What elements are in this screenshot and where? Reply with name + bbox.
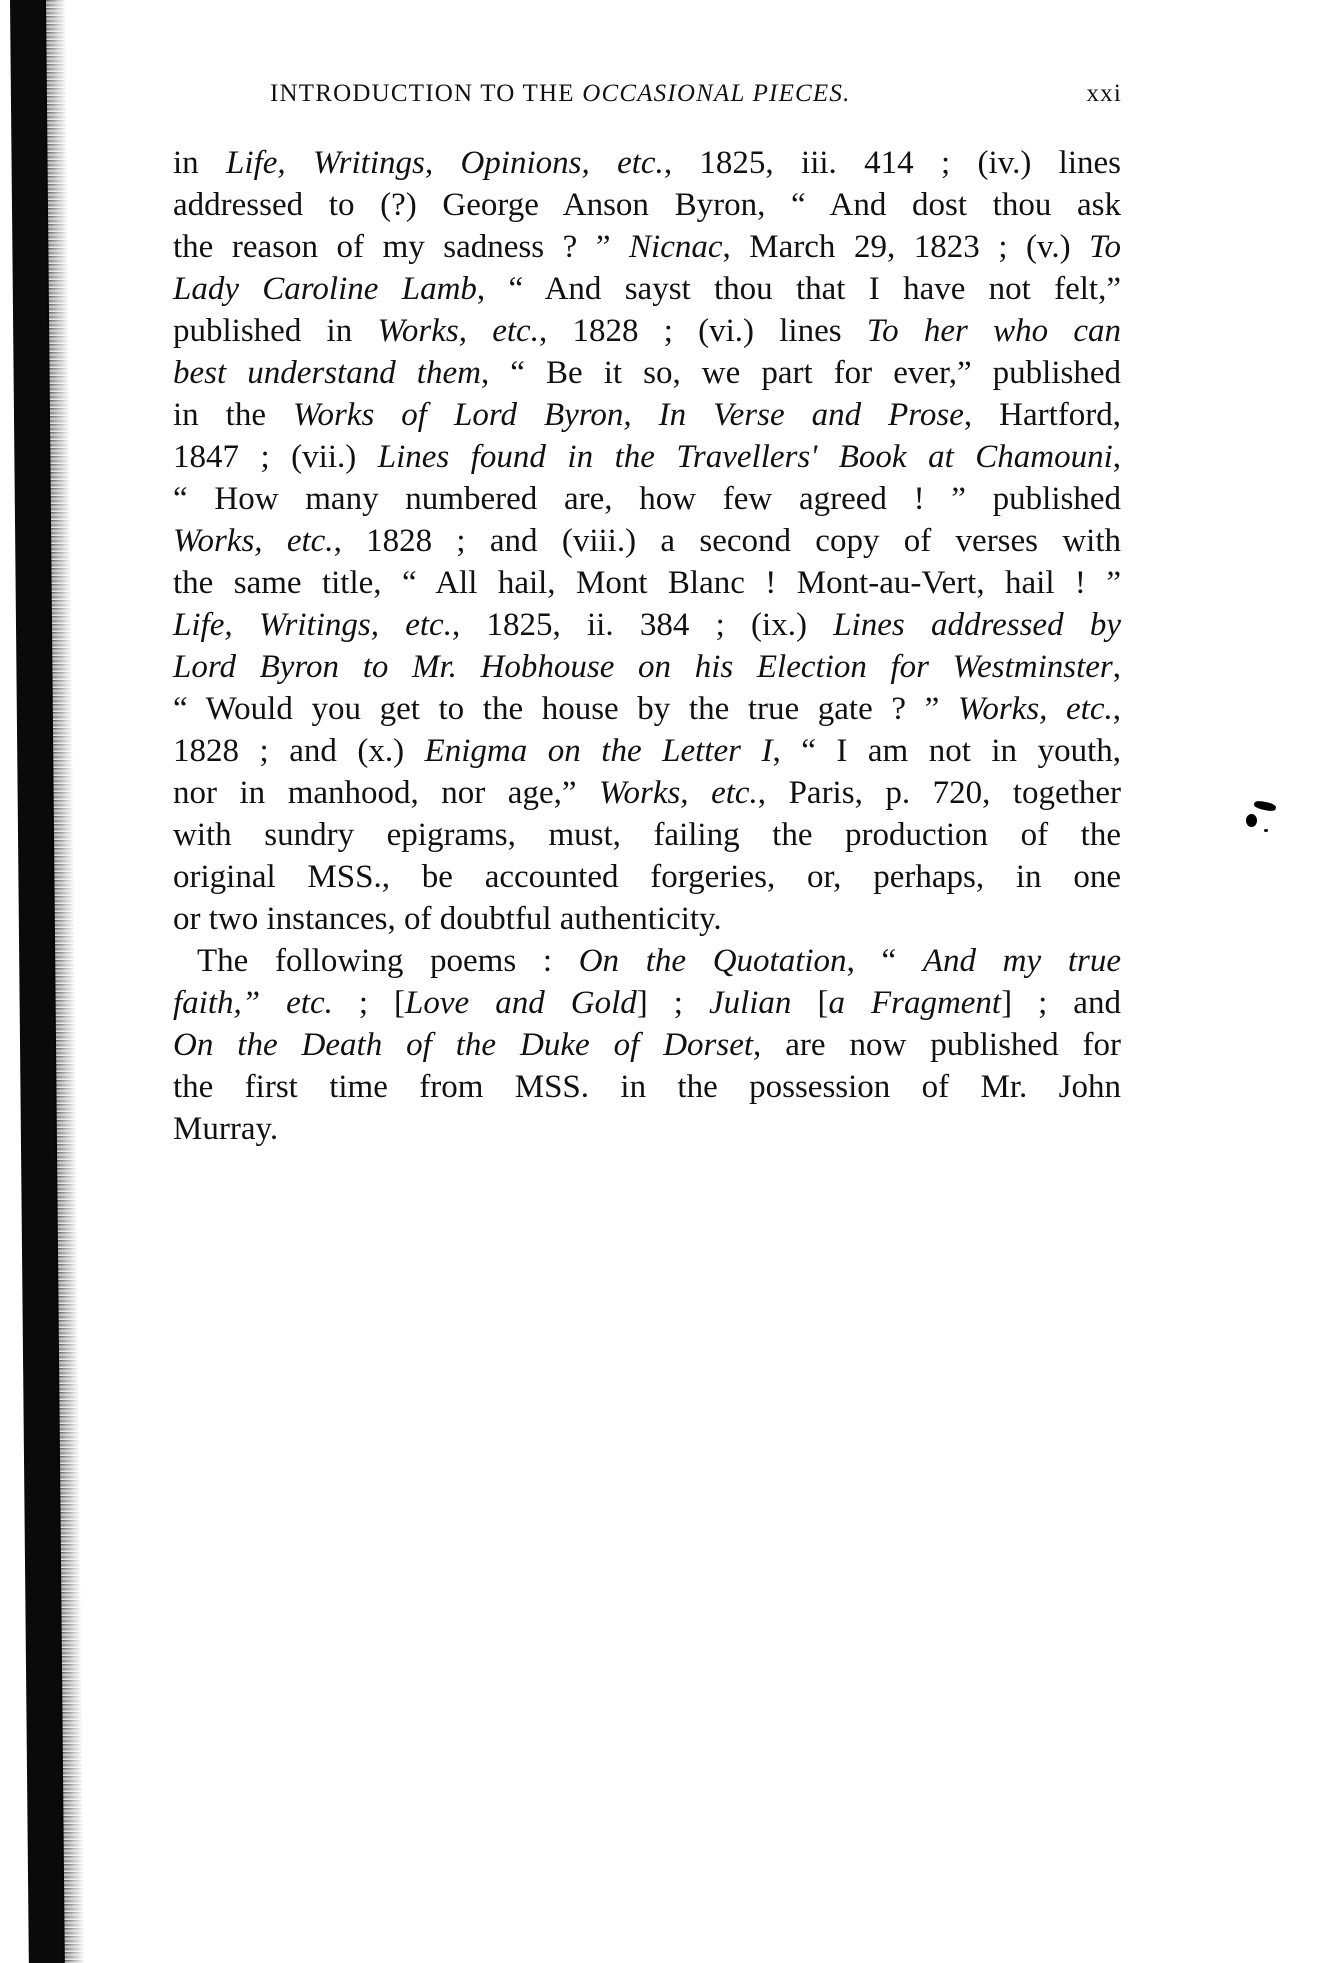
text-line: Murray. (173, 1108, 1121, 1150)
italic-run: Julian (709, 985, 791, 1021)
italic-run: To (1089, 229, 1121, 265)
text-run: Murray. (173, 1111, 278, 1147)
page-number: xxi (1086, 80, 1122, 108)
text-line: addressed to (?) George Anson Byron, “ A… (173, 184, 1121, 226)
text-run: , Hartford, (964, 397, 1121, 433)
text-line: The following poems : On the Quotation, … (173, 940, 1121, 982)
running-head: INTRODUCTION TO THE OCCASIONAL PIECES. x… (270, 80, 1122, 108)
text-run: , “ Be it so, we part for ever,” publish… (481, 355, 1121, 391)
text-run: published in (173, 313, 377, 349)
body-text: in Life, Writings, Opinions, etc., 1825,… (173, 142, 1121, 1150)
text-run: 1828 ; and (x.) (173, 733, 425, 769)
text-line: in Life, Writings, Opinions, etc., 1825,… (173, 142, 1121, 184)
text-line: with sundry epigrams, must, failing the … (173, 814, 1121, 856)
italic-run: Works, etc. (377, 313, 539, 349)
text-run: , (1113, 439, 1121, 475)
text-run: or two instances, of doubtful authentici… (173, 901, 722, 937)
text-run: , 1828 ; and (viii.) a second copy of ve… (334, 523, 1121, 559)
text-run: the reason of my sadness ? ” (173, 229, 629, 265)
text-line: best understand them, “ Be it so, we par… (173, 352, 1121, 394)
text-line: Lady Caroline Lamb, “ And sayst thou tha… (173, 268, 1121, 310)
text-line: the reason of my sadness ? ” Nicnac, Mar… (173, 226, 1121, 268)
text-run: in (173, 145, 226, 181)
italic-run: a Fragment (828, 985, 1001, 1021)
text-run: [ (791, 985, 828, 1021)
italic-run: Works, etc. (958, 691, 1113, 727)
italic-run: faith,” etc. (173, 985, 333, 1021)
text-line: or two instances, of doubtful authentici… (173, 898, 1121, 940)
text-line: the first time from MSS. in the possessi… (173, 1066, 1121, 1108)
text-run: , 1825, iii. 414 ; (iv.) lines (664, 145, 1121, 181)
italic-run: Enigma on the Letter I (425, 733, 773, 769)
text-line: 1847 ; (vii.) Lines found in the Travell… (173, 436, 1121, 478)
text-run: , 1825, ii. 384 ; (ix.) (452, 607, 833, 643)
text-run: “ Would you get to the house by the true… (173, 691, 958, 727)
text-run: The following poems : (197, 943, 579, 979)
text-line: faith,” etc. ; [Love and Gold] ; Julian … (173, 982, 1121, 1024)
scan-speck (1264, 829, 1268, 832)
text-line: Lord Byron to Mr. Hobhouse on his Electi… (173, 646, 1121, 688)
italic-run: Nicnac (629, 229, 722, 265)
italic-run: Life, Writings, etc. (173, 607, 452, 643)
text-run: , “ (847, 943, 923, 979)
text-run: 1847 ; (vii.) (173, 439, 378, 475)
text-line: On the Death of the Duke of Dorset, are … (173, 1024, 1121, 1066)
italic-run: Works, etc. (599, 775, 758, 811)
text-run: , 1828 ; (vi.) lines (539, 313, 867, 349)
text-run: original MSS., be accounted forgeries, o… (173, 859, 1121, 895)
italic-run: On the Death of the Duke of Dorset (173, 1027, 753, 1063)
text-run: , are now published for (753, 1027, 1121, 1063)
text-run: , March 29, 1823 ; (v.) (723, 229, 1090, 265)
text-line: original MSS., be accounted forgeries, o… (173, 856, 1121, 898)
text-line: nor in manhood, nor age,” Works, etc., P… (173, 772, 1121, 814)
text-run: the first time from MSS. in the possessi… (173, 1069, 1121, 1105)
text-run: , (1113, 649, 1121, 685)
italic-run: Lines addressed by (833, 607, 1121, 643)
text-run: , (1113, 691, 1121, 727)
text-run: , Paris, p. 720, together (758, 775, 1121, 811)
italic-run: To her who can (867, 313, 1121, 349)
scan-speck (1246, 814, 1257, 827)
text-line: Life, Writings, etc., 1825, ii. 384 ; (i… (173, 604, 1121, 646)
text-line: the same title, “ All hail, Mont Blanc !… (173, 562, 1121, 604)
text-run: in the (173, 397, 293, 433)
italic-run: Lord Byron to Mr. Hobhouse on his Electi… (173, 649, 1113, 685)
text-run: , “ I am not in youth, (772, 733, 1121, 769)
running-head-italic-title: OCCASIONAL PIECES. (582, 80, 850, 107)
text-line: published in Works, etc., 1828 ; (vi.) l… (173, 310, 1121, 352)
text-run: nor in manhood, nor age,” (173, 775, 599, 811)
text-run: the same title, “ All hail, Mont Blanc !… (173, 565, 1121, 601)
text-line: Works, etc., 1828 ; and (viii.) a second… (173, 520, 1121, 562)
text-line: “ Would you get to the house by the true… (173, 688, 1121, 730)
text-line: 1828 ; and (x.) Enigma on the Letter I, … (173, 730, 1121, 772)
text-line: “ How many numbered are, how few agreed … (173, 478, 1121, 520)
text-run: “ How many numbered are, how few agreed … (173, 481, 1121, 517)
text-run: with sundry epigrams, must, failing the … (173, 817, 1121, 853)
text-run: ] ; and (1001, 985, 1121, 1021)
running-head-prefix: INTRODUCTION TO THE (270, 80, 582, 107)
text-run: ] ; (637, 985, 709, 1021)
italic-run: Works, etc. (173, 523, 334, 559)
italic-run: Love and Gold (405, 985, 637, 1021)
paragraph: The following poems : On the Quotation, … (173, 940, 1121, 1150)
text-run: addressed to (?) George Anson Byron, “ A… (173, 187, 1121, 223)
scan-speck (1253, 800, 1276, 812)
text-line: in the Works of Lord Byron, In Verse and… (173, 394, 1121, 436)
italic-run: Lines found in the Travellers' Book at C… (378, 439, 1113, 475)
italic-run: And my true (923, 943, 1121, 979)
paragraph: in Life, Writings, Opinions, etc., 1825,… (173, 142, 1121, 940)
italic-run: Lady Caroline Lamb (173, 271, 477, 307)
italic-run: best understand them (173, 355, 481, 391)
italic-run: On the Quotation (579, 943, 847, 979)
italic-run: Life, Writings, Opinions, etc. (226, 145, 664, 181)
text-run: ; [ (333, 985, 405, 1021)
italic-run: Works of Lord Byron, In Verse and Prose (293, 397, 964, 433)
text-run: , “ And sayst thou that I have not felt,… (477, 271, 1121, 307)
